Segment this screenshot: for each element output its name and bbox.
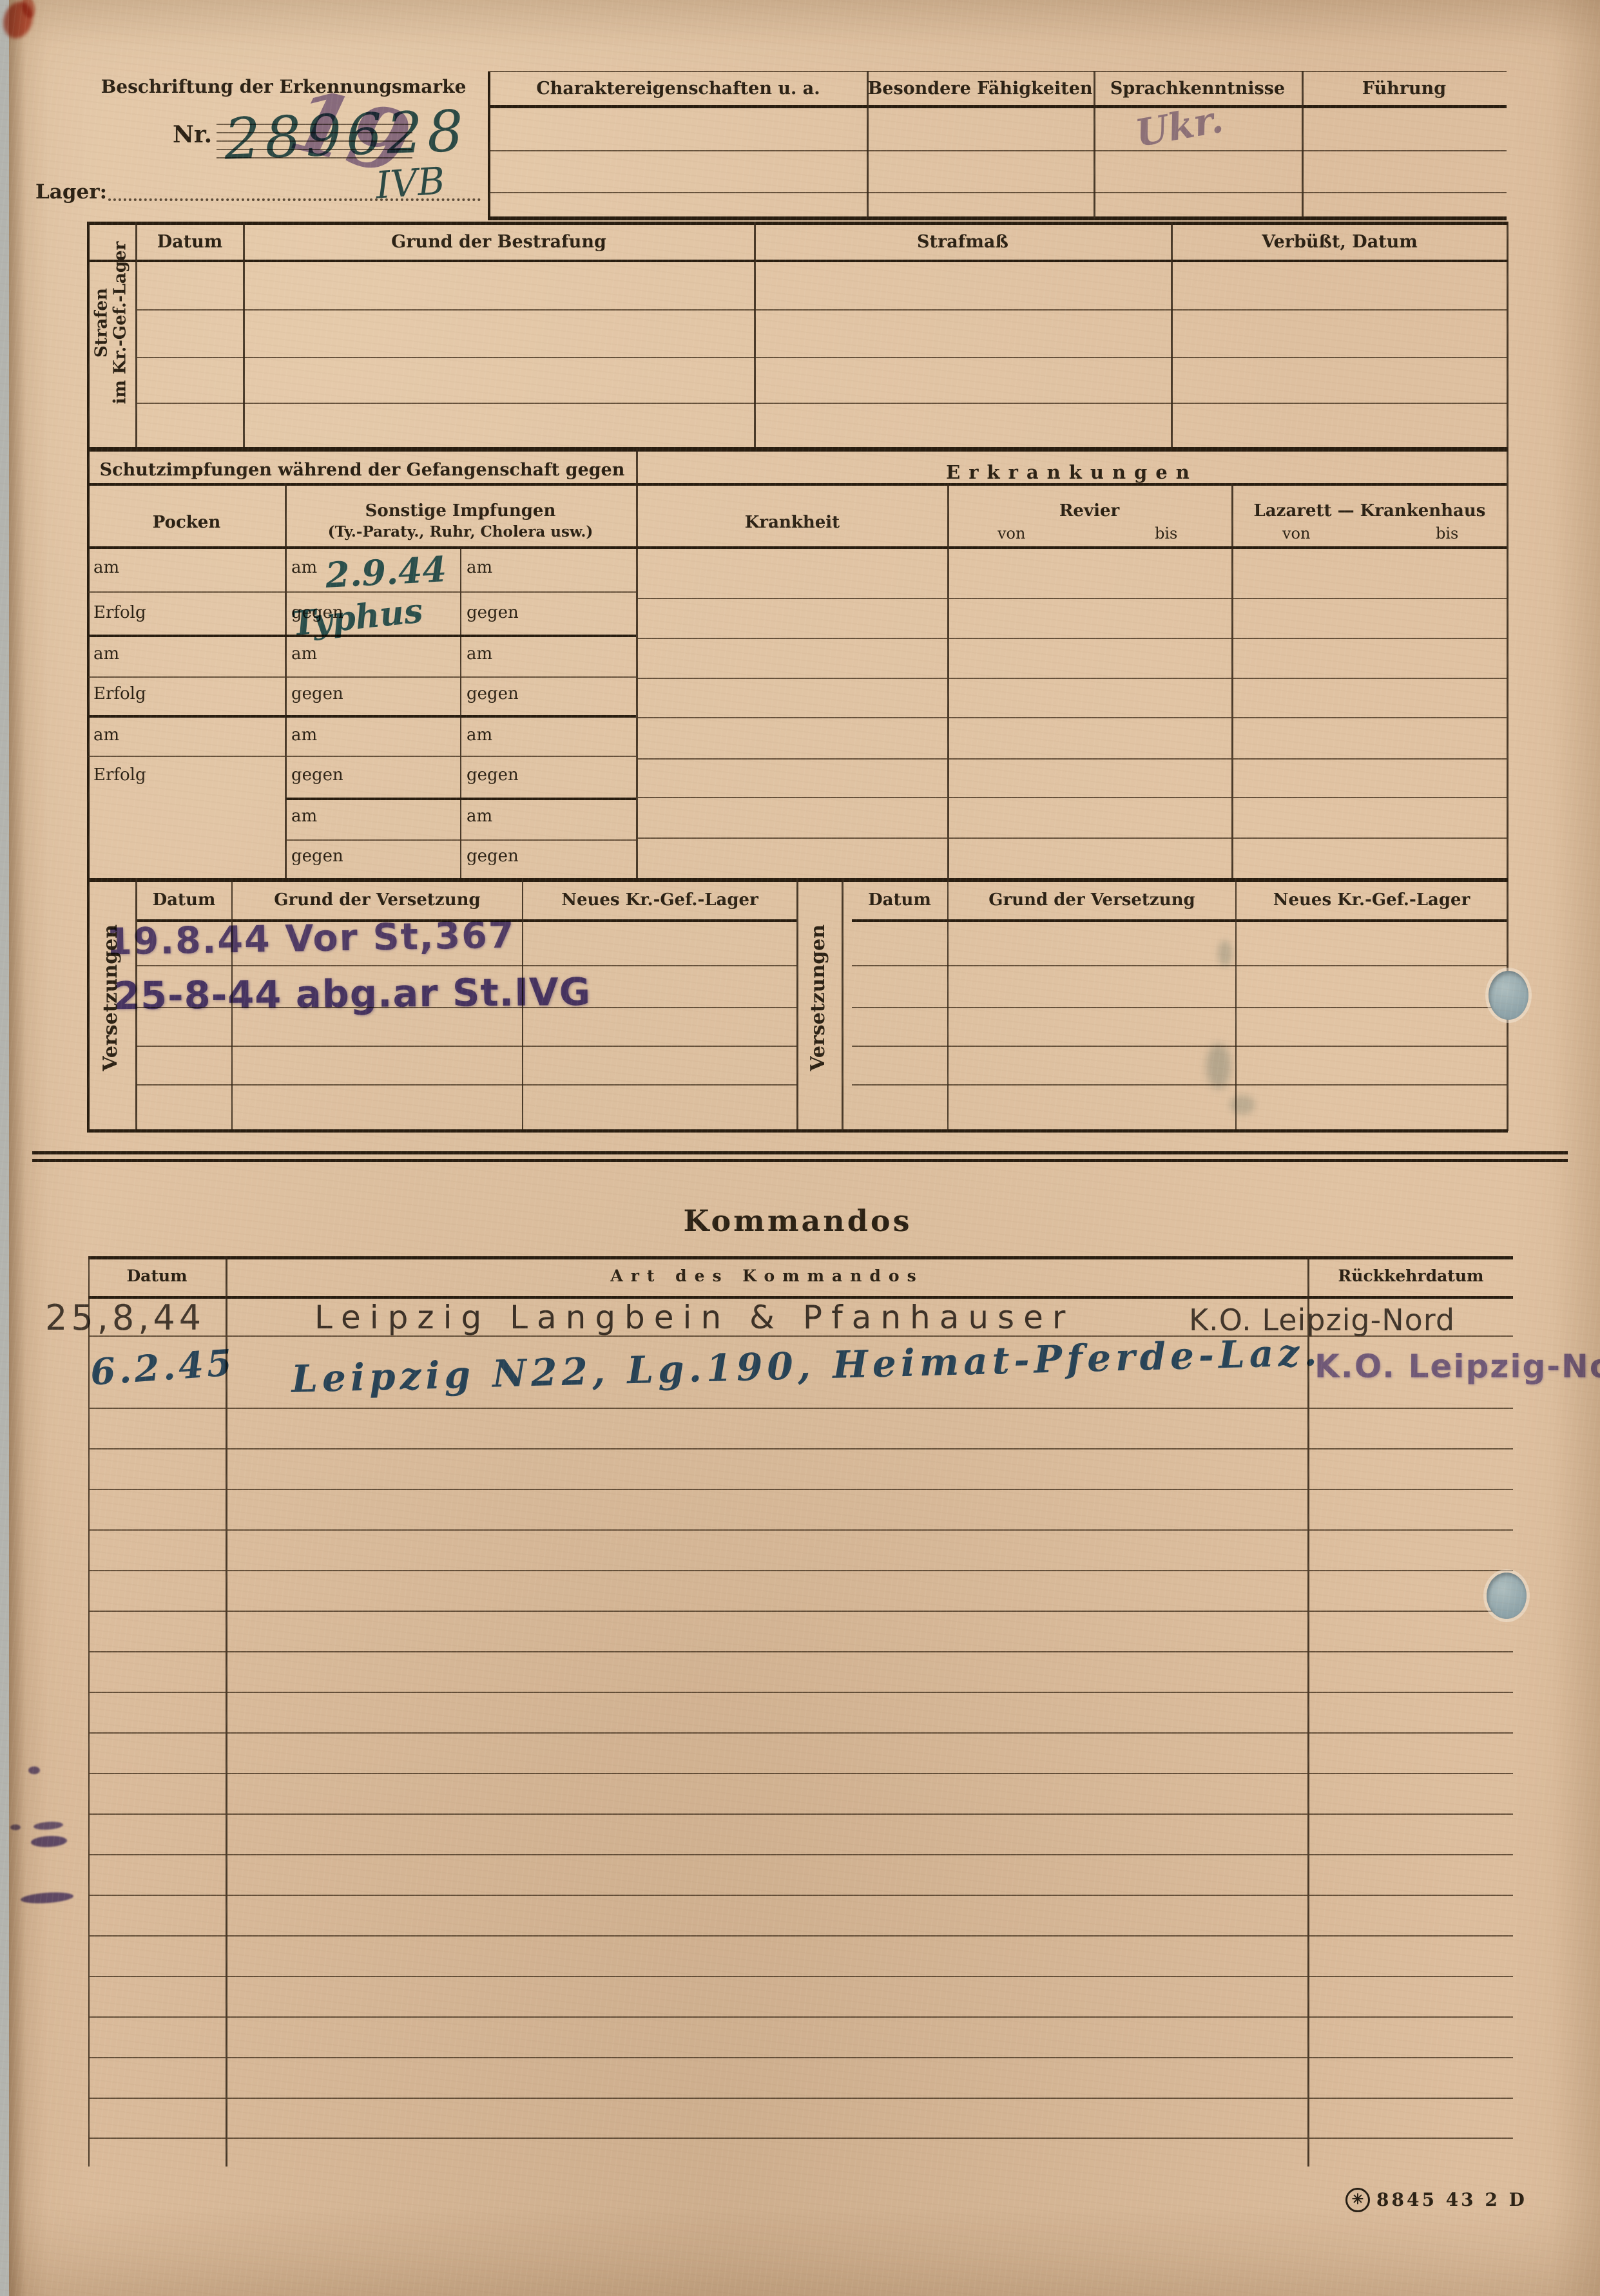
row-line	[286, 798, 636, 800]
row-line	[637, 717, 1507, 718]
kommandos-title: Kommandos	[669, 1203, 927, 1238]
header-underline	[852, 919, 1507, 922]
side-label-line1: Strafen	[92, 212, 111, 434]
ink-smudge	[1206, 1044, 1231, 1089]
col-header-datum: Datum	[137, 232, 243, 252]
col-header-grund-versetzung: Grund der Versetzung	[233, 890, 522, 910]
col-header-neues-lager: Neues Kr.-Gef.-Lager	[523, 890, 796, 910]
col-header-datum: Datum	[852, 890, 947, 910]
double-rule-bottom	[32, 1159, 1568, 1162]
section-border	[87, 447, 1508, 452]
label-gegen: gegen	[467, 847, 519, 866]
label-erfolg: Erfolg	[93, 603, 146, 622]
label-bis: bis	[1155, 524, 1177, 542]
col-header-sonstige: Sonstige Impfungen	[286, 501, 635, 521]
section-border	[87, 222, 1508, 225]
label-am: am	[291, 644, 317, 664]
kommando-row-art-handwritten: Leipzig N22, Lg.190, Heimat-Pferde-Laz.	[291, 1330, 1322, 1401]
column-divider	[947, 483, 949, 878]
row-line	[88, 1732, 1513, 1734]
table-border	[488, 216, 1507, 220]
label-gegen: gegen	[291, 847, 343, 866]
row-line	[637, 758, 1507, 760]
table-border	[488, 105, 1507, 108]
row-line	[852, 1007, 1507, 1008]
row-line	[88, 676, 636, 678]
label-von: von	[998, 524, 1025, 542]
row-line	[88, 1651, 1513, 1652]
side-label-versetzungen: Versetzungen	[807, 875, 829, 1120]
row-line	[88, 1529, 1513, 1531]
label-bis: bis	[1436, 524, 1458, 542]
row-line	[88, 1489, 1513, 1490]
column-divider	[1235, 878, 1237, 1129]
row-line	[286, 839, 636, 841]
column-divider	[754, 222, 756, 447]
label-am: am	[93, 725, 119, 745]
row-line	[88, 1935, 1513, 1937]
row-line	[137, 1084, 796, 1086]
row-line	[88, 2138, 1513, 2139]
row-line	[852, 965, 1507, 966]
col-header-krankheit: Krankheit	[637, 513, 947, 532]
header-underline	[87, 260, 1508, 262]
vaccinations-title: Schutzimpfungen während der Gefangenscha…	[88, 460, 636, 480]
ink-smudge	[1218, 941, 1232, 966]
side-label-divider	[135, 222, 137, 447]
row-line	[637, 678, 1507, 679]
table-divider	[796, 878, 798, 1129]
row-line	[88, 1854, 1513, 1855]
row-line	[852, 1046, 1507, 1047]
label-am: am	[291, 807, 317, 826]
ink-smudge	[10, 1824, 21, 1830]
column-divider	[1171, 222, 1173, 447]
col-header-pocken: Pocken	[88, 513, 285, 532]
row-line	[137, 309, 1507, 311]
label-am: am	[291, 725, 317, 745]
printers-mark-icon: ✳	[1345, 2188, 1370, 2212]
punch-hole	[1487, 1573, 1527, 1619]
label-von: von	[1282, 524, 1310, 542]
row-line	[88, 1976, 1513, 1977]
row-line	[137, 1046, 796, 1047]
kommando-row-datum-handwritten: 6.2.45	[89, 1341, 236, 1394]
col-header-datum: Datum	[137, 890, 231, 910]
label-erfolg: Erfolg	[93, 765, 146, 785]
col-header-rueckkehrdatum: Rückkehrdatum	[1309, 1267, 1513, 1285]
table-border-left	[88, 1256, 90, 2167]
column-divider	[947, 878, 949, 1129]
label-am: am	[467, 558, 492, 577]
row-line	[88, 1570, 1513, 1571]
side-label-strafen: Strafen im Kr.-Gef.-Lager	[92, 212, 130, 434]
lager-value-handwritten: IVB	[374, 158, 447, 207]
transfer-stamp-1: 19.8.44 Vor St,367	[106, 914, 516, 963]
col-header-revier: Revier	[949, 501, 1230, 521]
row-line	[88, 1448, 1513, 1449]
row-line	[88, 1408, 1513, 1409]
col-header-abilities: Besondere Fähigkeiten	[867, 79, 1094, 99]
col-header-grund-bestrafung: Grund der Bestrafung	[245, 232, 753, 252]
title-underline	[88, 483, 1507, 486]
kommando-row-rueckkehr-stamp: K.O. Leipzig-Nord	[1315, 1348, 1600, 1385]
column-divider	[226, 1256, 227, 2167]
col-header-lazarett: Lazarett — Krankenhaus	[1233, 501, 1507, 521]
row-line	[137, 965, 796, 966]
subheader-underline	[88, 546, 1507, 549]
col-header-grund-versetzung: Grund der Versetzung	[949, 890, 1235, 910]
row-line	[488, 150, 1507, 151]
vaccination-date-handwritten: 2.9.44	[324, 548, 447, 596]
row-line	[88, 1692, 1513, 1693]
kommando-row-art-stamp: Leipzig Langbein & Pfanhauser	[314, 1299, 1074, 1336]
row-line	[88, 2016, 1513, 2018]
label-am: am	[467, 644, 492, 664]
label-am: am	[467, 725, 492, 745]
row-line	[852, 1084, 1507, 1086]
column-divider	[243, 222, 245, 447]
column-divider	[1307, 1256, 1309, 2167]
row-line	[637, 797, 1507, 798]
label-am: am	[291, 558, 317, 577]
ink-smudge	[28, 1766, 40, 1774]
row-line	[137, 357, 1507, 358]
row-line	[637, 837, 1507, 839]
double-rule-top	[32, 1151, 1568, 1154]
col-header-languages: Sprachkenntnisse	[1094, 79, 1302, 99]
label-erfolg: Erfolg	[93, 684, 146, 703]
label-am: am	[467, 807, 492, 826]
col-header-verbuesst: Verbüßt, Datum	[1173, 232, 1507, 252]
transfer-stamp-2: 25-8-44 abg.ar St.IVG	[113, 970, 592, 1018]
col-header-art: Art des Kommandos	[227, 1267, 1307, 1285]
row-line	[88, 1895, 1513, 1896]
ink-smudge	[34, 1821, 64, 1830]
col-header-neues-lager: Neues Kr.-Gef.-Lager	[1237, 890, 1507, 910]
row-line	[88, 756, 636, 757]
id-block-title: Beschriftung der Erkennungsmarke	[97, 76, 470, 97]
side-label-divider	[842, 878, 843, 1129]
label-gegen: gegen	[291, 684, 343, 703]
section-border	[87, 1129, 1508, 1133]
paper-edge-shade	[9, 0, 26, 2296]
side-label-line2: im Kr.-Gef.-Lager	[111, 212, 130, 434]
row-line	[88, 2057, 1513, 2058]
col-header-sonstige-sub: (Ty.-Paraty., Ruhr, Cholera usw.)	[286, 523, 635, 541]
col-header-conduct: Führung	[1302, 79, 1507, 99]
punch-hole	[1489, 971, 1528, 1020]
table-border	[488, 71, 1507, 72]
print-code: 8845 43 2 D	[1376, 2189, 1527, 2210]
row-line	[88, 715, 636, 718]
row-line	[88, 1773, 1513, 1774]
ink-smudge	[1229, 1095, 1255, 1115]
row-line	[488, 192, 1507, 193]
col-header-strafmass: Strafmaß	[755, 232, 1170, 252]
nr-label: Nr.	[173, 121, 212, 148]
col-header-datum: Datum	[88, 1267, 226, 1285]
col-header-character: Charaktereigenschaften u. a.	[490, 79, 867, 99]
row-line	[88, 1813, 1513, 1815]
illnesses-title: Erkrankungen	[637, 461, 1507, 483]
ink-smudge	[31, 1835, 68, 1848]
table-border	[88, 1256, 1513, 1259]
pow-record-card: Beschriftung der Erkennungsmarke Nr. 289…	[0, 0, 1600, 2296]
label-gegen: gegen	[467, 603, 519, 622]
column-divider	[1231, 483, 1233, 878]
column-divider	[285, 483, 287, 878]
row-line	[637, 598, 1507, 599]
ink-smudge	[21, 1891, 74, 1905]
label-gegen: gegen	[291, 765, 343, 785]
row-line	[637, 638, 1507, 639]
lager-label: Lager:	[35, 180, 107, 204]
kommando-row-datum-stamp: 25,8,44	[45, 1297, 205, 1338]
label-am: am	[93, 644, 119, 664]
column-divider	[460, 548, 461, 878]
row-line	[88, 2098, 1513, 2099]
label-am: am	[93, 558, 119, 577]
scan-edge-strip	[0, 0, 9, 2296]
label-gegen: gegen	[467, 684, 519, 703]
label-gegen: gegen	[467, 765, 519, 785]
row-line	[88, 1611, 1513, 1612]
row-line	[137, 403, 1507, 404]
